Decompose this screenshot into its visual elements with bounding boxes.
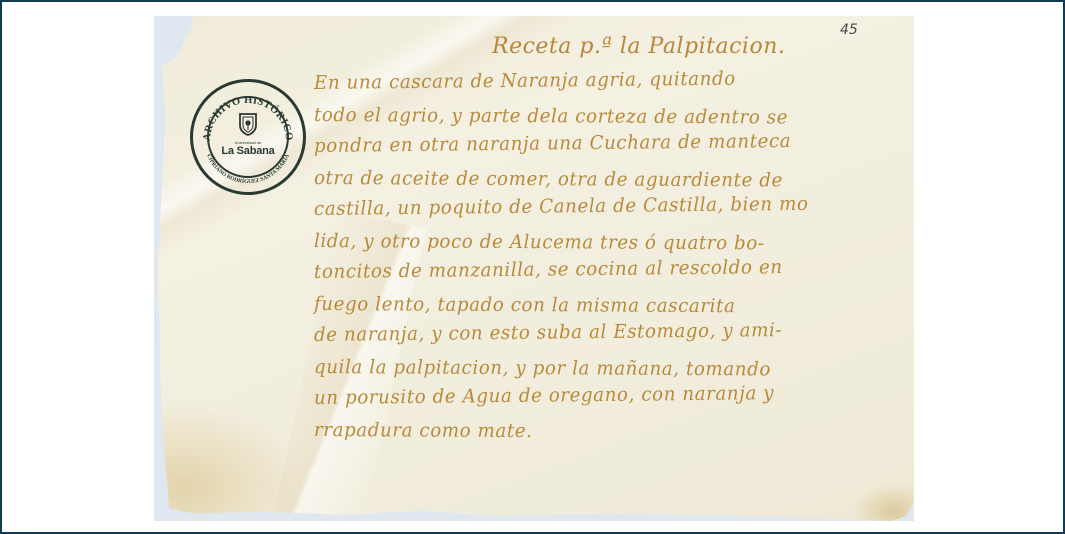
manuscript-line: pondra en otra naranja una Cuchara de ma… <box>314 125 890 163</box>
shield-icon <box>238 112 258 136</box>
manuscript-line: En una cascara de Naranja agria, quitand… <box>314 62 890 100</box>
manuscript-body: En una cascara de Naranja agria, quitand… <box>314 68 914 446</box>
manuscript-line: castilla, un poquito de Canela de Castil… <box>314 188 890 226</box>
viewer-frame: ARCHIVO HISTÓRICO CIPRIANO RODRÍGUEZ SAN… <box>0 0 1065 534</box>
archive-stamp: ARCHIVO HISTÓRICO CIPRIANO RODRÍGUEZ SAN… <box>190 79 306 195</box>
folio-number: 45 <box>840 22 858 38</box>
document-image: ARCHIVO HISTÓRICO CIPRIANO RODRÍGUEZ SAN… <box>154 16 914 521</box>
stamp-institution-name: La Sabana <box>193 145 303 157</box>
manuscript-line: un porusito de Agua de oregano, con nara… <box>314 377 890 415</box>
stamp-inner-ring <box>207 96 289 178</box>
manuscript-line: de naranja, y con esto suba al Estomago,… <box>314 314 890 352</box>
manuscript-title: Receta p.ª la Palpitacion. <box>492 34 785 59</box>
manuscript-paper: ARCHIVO HISTÓRICO CIPRIANO RODRÍGUEZ SAN… <box>154 16 914 521</box>
manuscript-line: rrapadura como mate. <box>314 415 890 450</box>
manuscript-line: toncitos de manzanilla, se cocina al res… <box>314 251 890 289</box>
